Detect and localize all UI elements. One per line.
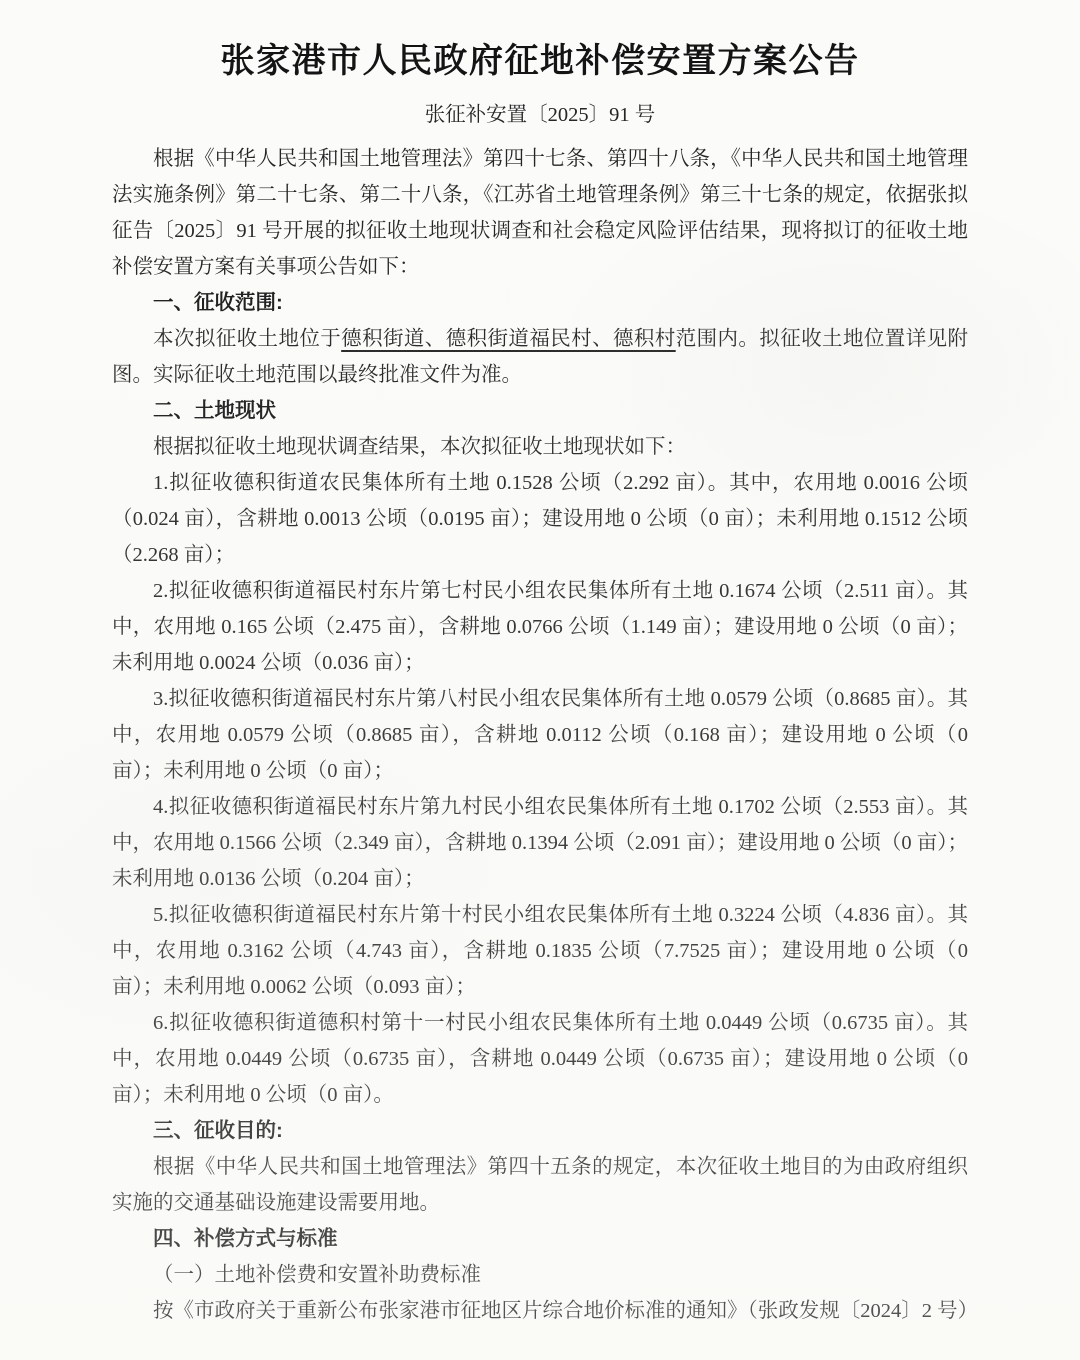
land-item-5: 5.拟征收德积街道福民村东片第十村民小组农民集体所有土地 0.3224 公顷（4…	[112, 897, 968, 1005]
section-2-heading: 二、土地现状	[112, 393, 968, 429]
section-4-subheading: （一）土地补偿费和安置补助费标准	[112, 1257, 968, 1293]
document-page: 张家港市人民政府征地补偿安置方案公告 张征补安置〔2025〕91 号 根据《中华…	[0, 0, 1080, 1360]
document-title: 张家港市人民政府征地补偿安置方案公告	[112, 40, 968, 84]
land-item-6: 6.拟征收德积街道德积村第十一村民小组农民集体所有土地 0.0449 公顷（0.…	[112, 1005, 968, 1113]
document-body: 根据《中华人民共和国土地管理法》第四十七条、第四十八条，《中华人民共和国土地管理…	[112, 141, 968, 1329]
section-1-paragraph: 本次拟征收土地位于德积街道、德积街道福民村、德积村范围内。拟征收土地位置详见附图…	[112, 321, 968, 393]
scope-locations-underlined: 德积街道、德积街道福民村、德积村	[341, 328, 676, 350]
land-item-2: 2.拟征收德积街道福民村东片第七村民小组农民集体所有土地 0.1674 公顷（2…	[112, 573, 968, 681]
section-4-paragraph: 按《市政府关于重新公布张家港市征地区片综合地价标准的通知》（张政发规〔2024〕…	[112, 1293, 968, 1329]
section-2-intro: 根据拟征收土地现状调查结果，本次拟征收土地现状如下：	[112, 429, 968, 465]
section-1-heading: 一、征收范围:	[112, 285, 968, 321]
land-item-1: 1.拟征收德积街道农民集体所有土地 0.1528 公顷（2.292 亩）。其中，…	[112, 465, 968, 573]
land-item-4: 4.拟征收德积街道福民村东片第九村民小组农民集体所有土地 0.1702 公顷（2…	[112, 789, 968, 897]
intro-paragraph: 根据《中华人民共和国土地管理法》第四十七条、第四十八条，《中华人民共和国土地管理…	[112, 141, 968, 285]
section-4-heading: 四、补偿方式与标准	[112, 1221, 968, 1257]
land-item-3: 3.拟征收德积街道福民村东片第八村民小组农民集体所有土地 0.0579 公顷（0…	[112, 681, 968, 789]
scope-text-before: 本次拟征收土地位于	[153, 328, 341, 350]
document-number: 张征补安置〔2025〕91 号	[112, 101, 968, 129]
section-3-heading: 三、征收目的:	[112, 1113, 968, 1149]
section-3-paragraph: 根据《中华人民共和国土地管理法》第四十五条的规定，本次征收土地目的为由政府组织实…	[112, 1149, 968, 1221]
